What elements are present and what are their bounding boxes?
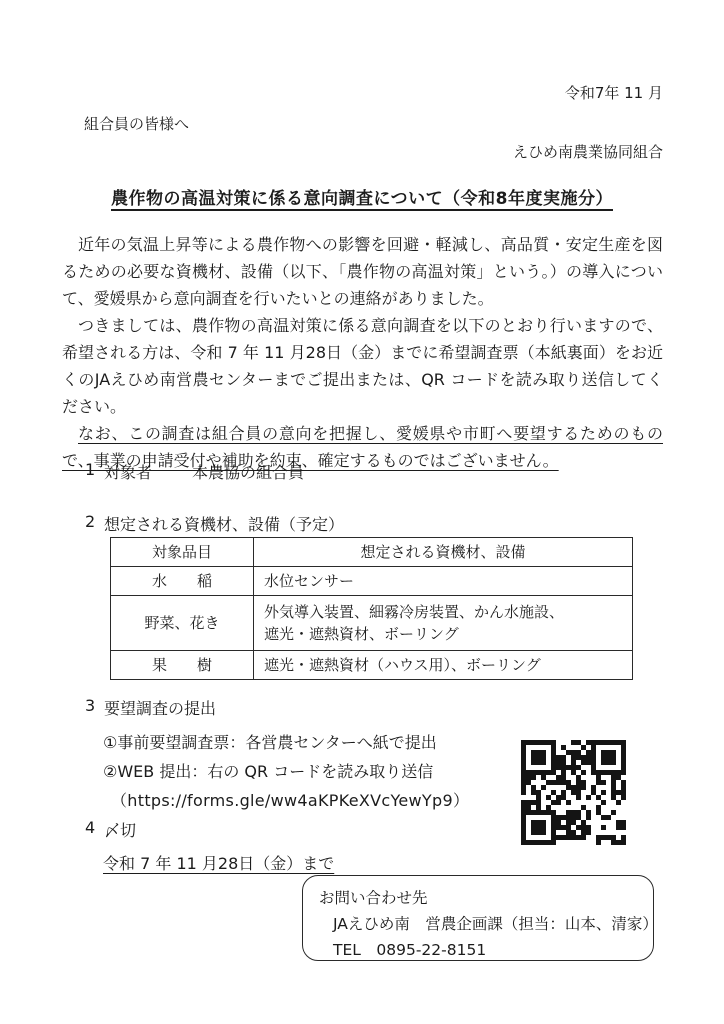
section-number: 1 <box>85 460 104 483</box>
table-row: 果 樹 遮光・遮熱資材（ハウス用）、ボーリング <box>111 651 633 680</box>
section-label: 〆切 <box>104 818 136 841</box>
section-number: 3 <box>85 696 104 719</box>
table-row: 野菜、花き 外気導入装置、細霧冷房装置、かん水施設、 遮光・遮熱資材、ボーリング <box>111 596 633 651</box>
survey-qr-code <box>521 740 626 845</box>
paragraph-intro: 近年の気温上昇等による農作物への影響を回避・軽減し、高品質・安定生産を図るための… <box>62 231 663 312</box>
contact-box: お問い合わせ先 JAえひめ南 営農企画課（担当：山本、清家） TEL 0895-… <box>302 875 654 961</box>
equipment-cell: 水位センサー <box>254 567 633 596</box>
recipient-line: 組合員の皆様へ <box>84 113 189 134</box>
item-cell: 野菜、花き <box>111 596 254 651</box>
document-title: 農作物の高温対策に係る意向調査について（令和8年度実施分） <box>0 184 724 209</box>
section-number: 4 <box>85 818 104 841</box>
contact-phone: TEL 0895-22-8151 <box>333 937 653 963</box>
document-page: 令和7年 11 月 組合員の皆様へ えひめ南農業協同組合 農作物の高温対策に係る… <box>0 0 724 1024</box>
organization-name: えひめ南農業協同組合 <box>513 141 663 162</box>
section-label: 要望調査の提出 <box>104 696 216 719</box>
section-number: 2 <box>85 512 104 535</box>
item-cell: 果 樹 <box>111 651 254 680</box>
table-row: 水 稲 水位センサー <box>111 567 633 596</box>
submission-method-paper: ①事前要望調査票：各営農センターへ紙で提出 <box>103 728 469 757</box>
body-text: 近年の気温上昇等による農作物への影響を回避・軽減し、高品質・安定生産を図るための… <box>62 231 663 474</box>
table-header-row: 対象品目 想定される資機材、設備 <box>111 538 633 567</box>
deadline-date: 令和 7 年 11 月28日（金）まで <box>103 851 334 874</box>
section-target: 1 対象者 本農協の組合員 <box>85 460 304 483</box>
section-label: 対象者 <box>104 460 152 483</box>
column-header-equipment: 想定される資機材、設備 <box>254 538 633 567</box>
equipment-cell: 外気導入装置、細霧冷房装置、かん水施設、 遮光・遮熱資材、ボーリング <box>254 596 633 651</box>
equipment-cell: 遮光・遮熱資材（ハウス用）、ボーリング <box>254 651 633 680</box>
item-cell: 水 稲 <box>111 567 254 596</box>
document-title-text: 農作物の高温対策に係る意向調査について（令和8年度実施分） <box>111 189 613 209</box>
section-deadline: 4 〆切 令和 7 年 11 月28日（金）まで <box>85 818 334 874</box>
equipment-table: 対象品目 想定される資機材、設備 水 稲 水位センサー 野菜、花き 外気導入装置… <box>110 537 633 680</box>
target-value: 本農協の組合員 <box>192 460 304 483</box>
section-equipment: 2 想定される資機材、設備（予定） <box>85 512 344 535</box>
submission-method-web: ②WEB 提出：右の QR コードを読み取り送信 <box>103 757 469 786</box>
paragraph-instructions: つきましては、農作物の高温対策に係る意向調査を以下のとおり行いますので、希望され… <box>62 312 663 420</box>
form-url: （https://forms.gle/ww4aKPKeXVcYewYp9） <box>111 786 469 815</box>
contact-heading: お問い合わせ先 <box>319 885 653 911</box>
column-header-item: 対象品目 <box>111 538 254 567</box>
contact-department: JAえひめ南 営農企画課（担当：山本、清家） <box>333 911 653 937</box>
section-label: 想定される資機材、設備（予定） <box>104 512 344 535</box>
section-submission: 3 要望調査の提出 ①事前要望調査票：各営農センターへ紙で提出 ②WEB 提出：… <box>85 696 469 815</box>
issue-date: 令和7年 11 月 <box>565 82 663 103</box>
